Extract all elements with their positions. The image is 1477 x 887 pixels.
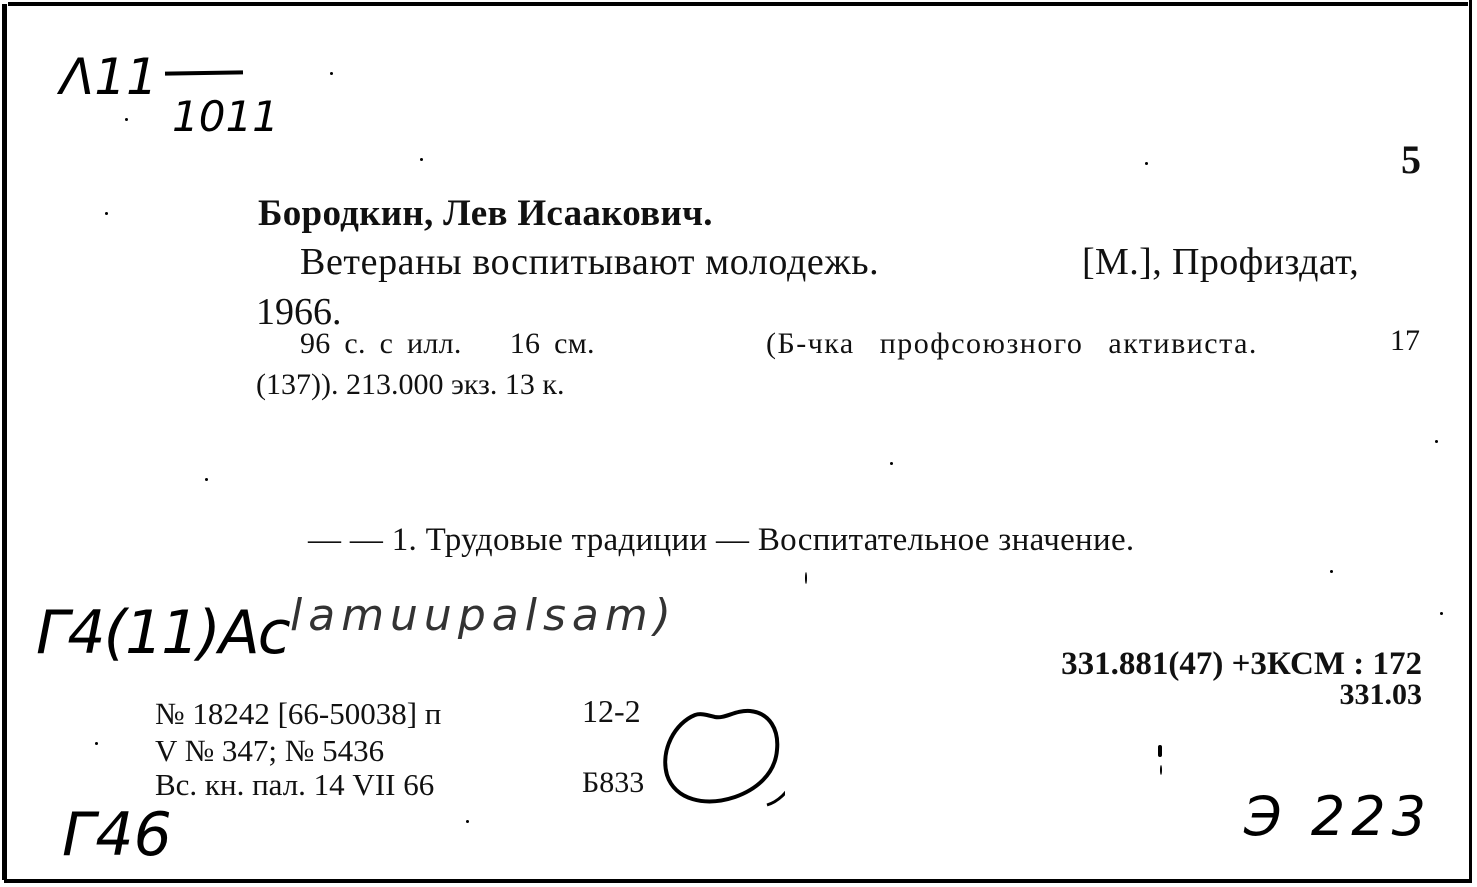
scan-speck — [890, 462, 893, 465]
scan-speck — [125, 118, 128, 121]
scan-speck — [1330, 570, 1333, 573]
book-size: 16 см. — [510, 327, 595, 360]
series-number: 17 — [1390, 324, 1420, 358]
accession-line-1: № 18242 [66-50038] п — [155, 696, 441, 732]
author-heading: Бородкин, Лев Исаакович. — [258, 192, 713, 235]
card-border-top — [8, 2, 1468, 6]
print-code: 12-2 — [582, 693, 641, 730]
scan-speck — [466, 820, 469, 823]
scan-speck — [95, 742, 98, 745]
publisher: [М.], Профиздат, — [1082, 240, 1359, 284]
handwritten-shelf-mark-top: Λ11 — [60, 48, 158, 106]
handwritten-shelf-mark-bottom: 1011 — [172, 92, 279, 141]
book-title: Ветераны воспитывают молодежь. — [300, 240, 879, 284]
scan-speck — [1440, 612, 1443, 615]
accession-line-3: Вс. кн. пал. 14 VII 66 — [155, 767, 434, 803]
accession-line-2: V № 347; № 5436 — [155, 733, 384, 769]
collation-line-1: 96 с. с илл.16 см. — [300, 327, 595, 361]
subject-heading: — — 1. Трудовые традиции — Воспитательно… — [308, 522, 1134, 559]
scan-speck — [1158, 745, 1162, 757]
scan-speck — [805, 572, 807, 584]
handwritten-call-number: Г4(11)Ас — [36, 598, 289, 668]
card-border-bottom — [4, 879, 1472, 883]
hand-drawn-circle-mark — [655, 705, 785, 813]
classification-secondary: 331.03 — [1340, 678, 1423, 712]
card-border-left — [2, 4, 7, 880]
catalog-card: Λ11 1011 5 Бородкин, Лев Исаакович. Вете… — [0, 0, 1477, 887]
author-sign-code: Б833 — [582, 766, 644, 800]
page-count: 96 с. с илл. — [300, 327, 462, 360]
handwritten-fraction-line — [165, 70, 243, 75]
scan-speck — [420, 158, 423, 161]
series-statement: (Б-чка профсоюзного активиста. — [766, 327, 1258, 361]
scan-speck — [1160, 765, 1162, 775]
handwritten-inventory-number: Э 223 — [1244, 785, 1432, 848]
card-number: 5 — [1401, 136, 1421, 183]
collation-line-2: (137)). 213.000 экз. 13 к. — [256, 368, 564, 402]
scan-speck — [205, 478, 208, 481]
scan-speck — [1435, 440, 1438, 443]
scan-speck — [105, 212, 108, 215]
card-border-right — [1469, 0, 1472, 880]
scan-speck — [1145, 162, 1148, 165]
scan-speck — [330, 72, 333, 75]
handwritten-location-mark: Г46 — [62, 800, 172, 870]
handwritten-call-number-tail: lamuupalsam) — [290, 590, 677, 641]
